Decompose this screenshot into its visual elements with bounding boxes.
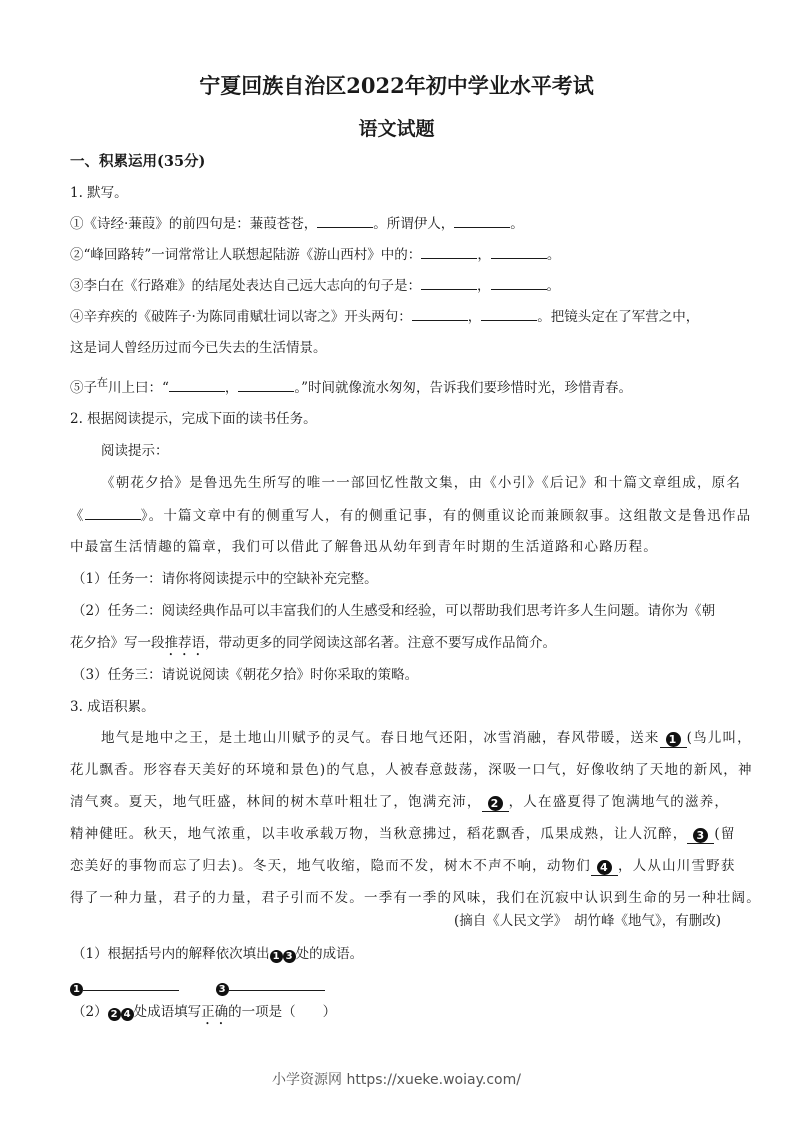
q1-item-5-text-a: ⑤子 [70,380,97,396]
exam-subtitle: 语文试题 [0,114,793,141]
q3-sub-2-emphasis: 正确 [201,1004,228,1020]
q1-item-2-end: 。 [547,247,561,263]
answer-blank[interactable] [454,213,510,228]
q3-passage-line-1: 地气是地中之王，是土地山川赋予的灵气。春日地气还阳，冰雪消融，春风带暖，送来1(… [101,728,752,748]
answer-blank[interactable] [317,213,373,228]
q2-task-2-line-1: （2）任务二：阅读经典作品可以丰富我们的人生感受和经验，可以帮助我们思考许多人生… [72,601,715,621]
watermark-footer: 小学资源网 https://xueke.woiay.com/ [0,1069,793,1089]
q3-passage-line-4: 精神健旺。秋天，地气浓重，以丰收承载万物，当秋意拂过，稻花飘香，瓜果成熟，让人沉… [70,824,736,844]
q1-label: 1. 默写。 [70,183,128,203]
answer-blank[interactable] [238,377,294,392]
idiom-blank-2[interactable]: 2 [482,794,509,812]
q2-task-2-text-b: ，带动更多的同学阅读这部名著。注意不要写成作品简介。 [205,635,556,651]
section-heading: 一、积累运用(35分) [70,152,205,172]
answer-blank[interactable] [481,306,537,321]
idiom-blank-3[interactable]: 3 [687,826,714,844]
q1-item-1-mid: 。所谓伊人， [373,216,454,232]
q3-sub-2-text-c: 的一项是（ ） [228,1004,336,1020]
q2-label: 2. 根据阅读提示，完成下面的读书任务。 [70,409,317,429]
q1-item-2: ②“峰回路转”一词常常让人联想起陆游《游山西村》中的：，。 [70,244,560,265]
q2-hint-line-2: 《》。十篇文章中有的侧重写人，有的侧重记事，有的侧重议论而兼顾叙事。这组散文是鲁… [70,505,751,526]
circled-number-1: 1 [666,732,681,747]
q3-passage-line-2: 花儿飘香。形容春天美好的环境和景色)的气息，人被春意鼓荡，深吸一口气，好像收纳了… [70,760,753,780]
q1-item-3-mid: ， [477,278,491,294]
q3-passage-text: 清气爽。夏天，地气旺盛，林间的树木草叶粗壮了，饱满充沛， [70,794,482,810]
q1-item-5-mid: ， [225,380,239,396]
q3-sub-2-text-b: 处成语填写 [134,1004,202,1020]
q3-passage-text: 恋美好的事物而忘了归去)。冬天，地气收缩，隐而不发，树木不声不响，动物们 [70,858,591,874]
answer-blank-1[interactable] [83,976,179,991]
q1-item-4-text: ④辛弃疾的《破阵子·为陈同甫赋壮词以寄之》开头两句： [70,309,412,325]
q3-sub-1-text: （1）根据括号内的解释依次填出 [72,946,270,962]
q2-hint-line-1: 《朝花夕拾》是鲁迅先生所写的唯一一部回忆性散文集，由《小引》《后记》和十篇文章组… [101,473,741,493]
q2-hint-line-3: 中最富生活情趣的篇章，我们可以借此了解鲁迅从幼年到青年时期的生活道路和心路历程。 [70,537,658,557]
q3-passage-line-5: 恋美好的事物而忘了归去)。冬天，地气收缩，隐而不发，树木不声不响，动物们4，人从… [70,856,736,876]
q3-sub-1: （1）根据括号内的解释依次填出13处的成语。 [72,944,363,964]
q3-sub-1-text-end: 处的成语。 [296,946,364,962]
q1-item-1: ①《诗经·蒹葭》的前四句是：蒹葭苍苍，。所谓伊人，。 [70,213,524,234]
circled-number-2: 2 [488,796,503,811]
q1-item-3: ③李白在《行路难》的结尾处表达自己远大志向的句子是：，。 [70,275,560,296]
circled-number-1: 1 [270,950,283,963]
circled-number-4: 4 [597,860,612,875]
circled-number-1: 1 [70,983,83,996]
circled-number-2: 2 [108,1008,121,1021]
q2-hint-line-2-text: 》。十篇文章中有的侧重写人，有的侧重记事，有的侧重议论而兼顾叙事。这组散文是鲁迅… [141,508,752,524]
q3-passage-text: ，人从山川雪野获 [618,858,736,874]
q2-task-2-line-2: 花夕拾》写一段推荐语，带动更多的同学阅读这部名著。注意不要写成作品简介。 [70,633,556,659]
q2-task-3: （3）任务三：请说说阅读《朝花夕拾》时你采取的策略。 [72,665,418,685]
answer-blank[interactable] [412,306,468,321]
q1-item-2-text: ②“峰回路转”一词常常让人联想起陆游《游山西村》中的： [70,247,421,263]
q2-task-1: （1）任务一：请你将阅读提示中的空缺补充完整。 [72,569,378,589]
q1-item-4-continued: 这是词人曾经历过而今已失去的生活情景。 [70,338,327,358]
q3-passage-line-3: 清气爽。夏天，地气旺盛，林间的树木草叶粗壮了，饱满充沛，2，人在盛夏得了饱满地气… [70,792,729,812]
q1-item-4-end: 。把镜头定在了军营之中， [537,309,699,325]
q1-item-4: ④辛弃疾的《破阵子·为陈同甫赋壮词以寄之》开头两句：，。把镜头定在了军营之中， [70,306,699,327]
q3-label: 3. 成语积累。 [70,697,155,717]
q3-sub-2-text: （2） [72,1004,108,1020]
q1-item-5: ⑤子在川上曰：“，。”时间就像流水匆匆，告诉我们要珍惜时光，珍惜青春。 [70,377,632,399]
q2-task-2-emphasis: 推荐语 [165,635,206,651]
circled-number-4: 4 [121,1008,134,1021]
q1-item-3-text: ③李白在《行路难》的结尾处表达自己远大志向的句子是： [70,278,421,294]
q3-passage-text: ，人在盛夏得了饱满地气的滋养， [509,794,730,810]
q1-item-4-mid: ， [468,309,482,325]
answer-blank[interactable] [491,244,547,259]
idiom-blank-1[interactable]: 1 [660,730,687,748]
q2-task-2-text-a: 花夕拾》写一段 [70,635,165,651]
q1-item-3-end: 。 [547,278,561,294]
answer-blank[interactable] [169,377,225,392]
q3-passage-text: 地气是地中之王，是土地山川赋予的灵气。春日地气还阳，冰雪消融，春风带暖，送来 [101,730,660,746]
exam-title: 宁夏回族自治区2022年初中学业水平考试 [0,70,793,100]
q1-item-5-end: 。”时间就像流水匆匆，告诉我们要珍惜时光，珍惜青春。 [294,380,632,396]
q3-source-citation: (摘自《人民文学》 胡竹峰《地气》，有删改) [454,911,721,931]
exam-page: 宁夏回族自治区2022年初中学业水平考试 语文试题 一、积累运用(35分) 1.… [0,0,793,1122]
answer-blank[interactable] [421,275,477,290]
circled-number-3: 3 [216,983,229,996]
q3-passage-line-6: 得了一种力量，君子的力量，君子引而不发。一季有一季的风味，我们在沉寂中认识到生命… [70,888,761,908]
q1-item-2-mid: ， [477,247,491,263]
idiom-blank-4[interactable]: 4 [591,858,618,876]
answer-blank[interactable] [85,505,141,520]
answer-blank-3[interactable] [229,976,325,991]
q1-item-1-end: 。 [510,216,524,232]
circled-number-3: 3 [283,950,296,963]
q2-hint-label: 阅读提示： [101,441,169,461]
answer-blank[interactable] [491,275,547,290]
q3-sub-2: （2）24处成语填写正确的一项是（ ） [72,1002,336,1028]
q1-item-1-text: ①《诗经·蒹葭》的前四句是：蒹葭苍苍， [70,216,317,232]
q3-passage-text: (留 [714,826,735,842]
q3-passage-text: 精神健旺。秋天，地气浓重，以丰收承载万物，当秋意拂过，稻花飘香，瓜果成熟，让人沉… [70,826,687,842]
circled-number-3: 3 [693,828,708,843]
q1-item-5-sup: 在 [97,376,108,389]
q3-passage-text: (鸟儿叫， [687,730,752,746]
q3-answer-row: 1 3 [70,976,325,997]
q2-hint-open-bracket: 《 [70,508,85,524]
q1-item-5-text-b: 川上曰：“ [108,380,169,396]
answer-blank[interactable] [421,244,477,259]
